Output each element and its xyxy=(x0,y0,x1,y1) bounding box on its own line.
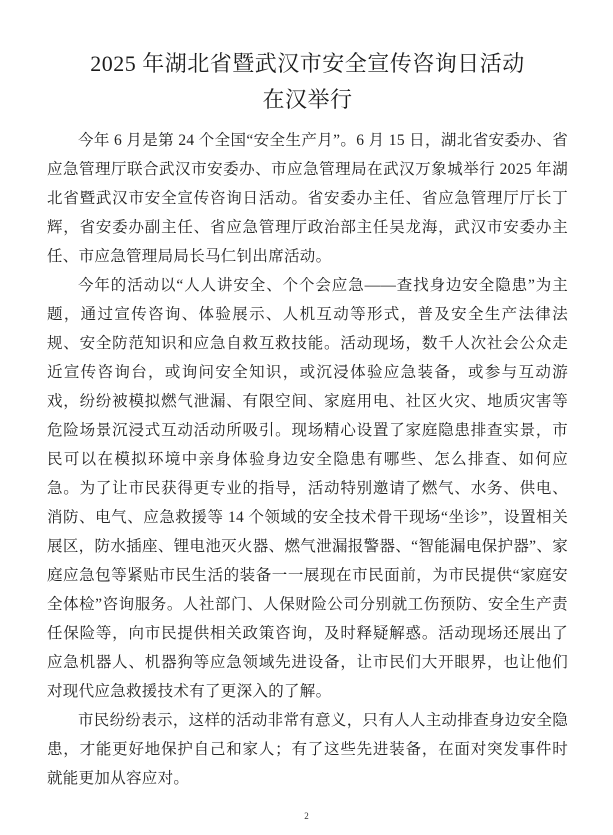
document-title-line-2: 在汉举行 xyxy=(47,82,568,118)
page-number: 2 xyxy=(0,811,613,821)
document-content: 2025 年湖北省暨武汉市安全宣传咨询日活动 在汉举行 今年 6 月是第 24 … xyxy=(47,46,568,793)
document-page: 2025 年湖北省暨武汉市安全宣传咨询日活动 在汉举行 今年 6 月是第 24 … xyxy=(0,0,613,835)
paragraph-3: 市民纷纷表示，这样的活动非常有意义，只有人人主动排查身边安全隐患，才能更好地保护… xyxy=(47,706,568,793)
document-title-line-1: 2025 年湖北省暨武汉市安全宣传咨询日活动 xyxy=(47,46,568,82)
paragraph-2: 今年的活动以“人人讲安全、个个会应急——查找身边安全隐患”为主题，通过宣传咨询、… xyxy=(47,271,568,706)
document-body: 今年 6 月是第 24 个全国“安全生产月”。6 月 15 日，湖北省安委办、省… xyxy=(47,126,568,793)
paragraph-1: 今年 6 月是第 24 个全国“安全生产月”。6 月 15 日，湖北省安委办、省… xyxy=(47,126,568,271)
document-title: 2025 年湖北省暨武汉市安全宣传咨询日活动 在汉举行 xyxy=(47,46,568,118)
